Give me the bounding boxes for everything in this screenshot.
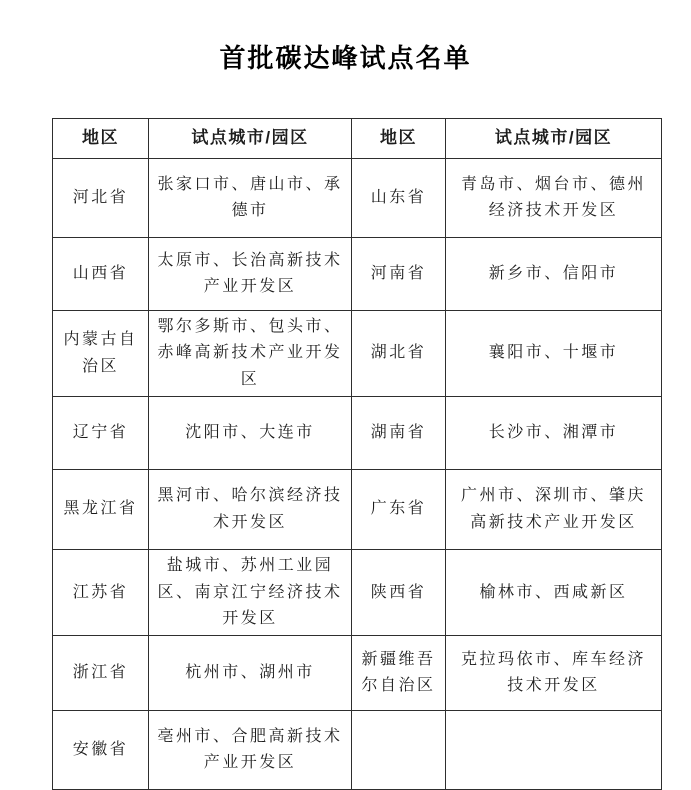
table-row: 浙江省 杭州市、湖州市 新疆维吾尔自治区 克拉玛依市、库车经济技术开发区 <box>53 636 662 711</box>
cities-cell: 长沙市、湘潭市 <box>446 397 662 470</box>
cities-cell: 杭州市、湖州市 <box>149 636 352 711</box>
region-cell: 河南省 <box>352 238 446 311</box>
region-cell: 内蒙古自治区 <box>53 311 149 397</box>
cities-cell: 榆林市、西咸新区 <box>446 550 662 636</box>
document-page: 首批碳达峰试点名单 地区 试点城市/园区 地区 试点城市/园区 河北省 张家口市… <box>0 0 691 790</box>
region-cell: 浙江省 <box>53 636 149 711</box>
column-header-region-left: 地区 <box>53 119 149 159</box>
table-row: 辽宁省 沈阳市、大连市 湖南省 长沙市、湘潭市 <box>53 397 662 470</box>
cities-cell: 太原市、长治高新技术产业开发区 <box>149 238 352 311</box>
table-row: 河北省 张家口市、唐山市、承德市 山东省 青岛市、烟台市、德州经济技术开发区 <box>53 159 662 238</box>
cities-cell <box>446 711 662 790</box>
cities-cell: 克拉玛依市、库车经济技术开发区 <box>446 636 662 711</box>
cities-cell: 新乡市、信阳市 <box>446 238 662 311</box>
region-cell: 湖南省 <box>352 397 446 470</box>
region-cell: 辽宁省 <box>53 397 149 470</box>
column-header-cities-left: 试点城市/园区 <box>149 119 352 159</box>
region-cell: 河北省 <box>53 159 149 238</box>
table-row: 安徽省 亳州市、合肥高新技术产业开发区 <box>53 711 662 790</box>
cities-cell: 襄阳市、十堰市 <box>446 311 662 397</box>
table-row: 江苏省 盐城市、苏州工业园区、南京江宁经济技术开发区 陕西省 榆林市、西咸新区 <box>53 550 662 636</box>
cities-cell: 青岛市、烟台市、德州经济技术开发区 <box>446 159 662 238</box>
table-row: 内蒙古自治区 鄂尔多斯市、包头市、赤峰高新技术产业开发区 湖北省 襄阳市、十堰市 <box>53 311 662 397</box>
table-row: 黑龙江省 黑河市、哈尔滨经济技术开发区 广东省 广州市、深圳市、肇庆高新技术产业… <box>53 470 662 550</box>
column-header-region-right: 地区 <box>352 119 446 159</box>
region-cell: 山西省 <box>53 238 149 311</box>
region-cell: 陕西省 <box>352 550 446 636</box>
region-cell: 山东省 <box>352 159 446 238</box>
cities-cell: 广州市、深圳市、肇庆高新技术产业开发区 <box>446 470 662 550</box>
region-cell: 黑龙江省 <box>53 470 149 550</box>
cities-cell: 沈阳市、大连市 <box>149 397 352 470</box>
cities-cell: 张家口市、唐山市、承德市 <box>149 159 352 238</box>
region-cell: 湖北省 <box>352 311 446 397</box>
page-title: 首批碳达峰试点名单 <box>0 38 691 75</box>
header-row: 地区 试点城市/园区 地区 试点城市/园区 <box>53 119 662 159</box>
region-cell: 江苏省 <box>53 550 149 636</box>
region-cell <box>352 711 446 790</box>
pilot-list-table: 地区 试点城市/园区 地区 试点城市/园区 河北省 张家口市、唐山市、承德市 山… <box>52 118 662 790</box>
region-cell: 新疆维吾尔自治区 <box>352 636 446 711</box>
cities-cell: 鄂尔多斯市、包头市、赤峰高新技术产业开发区 <box>149 311 352 397</box>
region-cell: 安徽省 <box>53 711 149 790</box>
region-cell: 广东省 <box>352 470 446 550</box>
table-row: 山西省 太原市、长治高新技术产业开发区 河南省 新乡市、信阳市 <box>53 238 662 311</box>
cities-cell: 盐城市、苏州工业园区、南京江宁经济技术开发区 <box>149 550 352 636</box>
cities-cell: 亳州市、合肥高新技术产业开发区 <box>149 711 352 790</box>
cities-cell: 黑河市、哈尔滨经济技术开发区 <box>149 470 352 550</box>
column-header-cities-right: 试点城市/园区 <box>446 119 662 159</box>
